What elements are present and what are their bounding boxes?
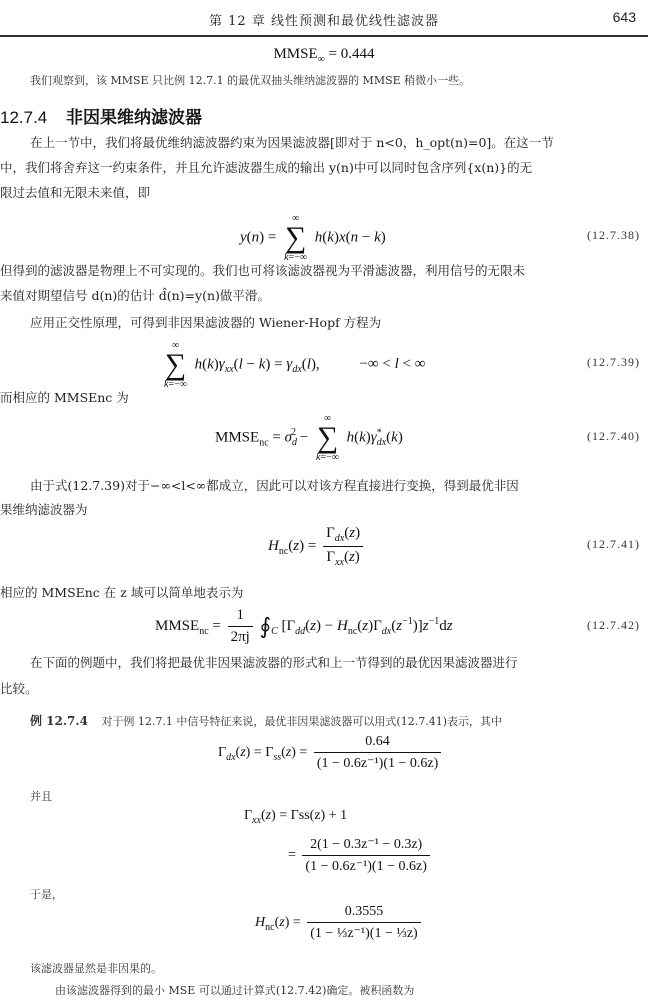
equation-12-7-40: MMSEnc = σd2 − ∞∑k=−∞ h(k)γ*dx(k) — [215, 413, 403, 463]
therefore-text: 于是， — [30, 886, 63, 902]
final-text: 由该滤波器得到的最小 MSE 可以通过计算式(12.7.42)确定。被积函数为 — [55, 982, 414, 998]
paragraph-2-line-2: 来值对期望信号 d(n)的估计 d̂(n)=y(n)做平滑。 — [0, 283, 270, 308]
chapter-header: 第 12 章 线性预测和最优线性滤波器 — [0, 10, 648, 29]
equation-12-7-38: y(n) = ∞∑k=−∞ h(k)x(n − k) — [240, 213, 386, 263]
equation-number: (12.7.40) — [587, 429, 640, 444]
paragraph-6: 相应的 MMSEnc 在 z 域可以简单地表示为 — [0, 580, 243, 605]
equation-number: (12.7.42) — [587, 618, 640, 633]
section-title: 非因果维纳滤波器 — [66, 108, 202, 127]
equation-12-7-39: ∞∑k=−∞ h(k)γxx(l − k) = γdx(l), −∞ < l <… — [160, 340, 425, 390]
section-number: 12.7.4 — [0, 108, 47, 127]
header-rule — [0, 35, 648, 37]
page-number: 643 — [613, 9, 636, 25]
paragraph-4: 而相应的 MMSEnc 为 — [0, 385, 129, 410]
gamma-xx-line-2: = 2(1 − 0.3z⁻¹ − 0.3z)(1 − 0.6z⁻¹)(1 − 0… — [288, 836, 433, 875]
equation-number: (12.7.39) — [587, 355, 640, 370]
equation-number: (12.7.41) — [587, 537, 640, 552]
equation-12-7-42: MMSEnc = 12πj ∮C [Γdd(z) − Hnc(z)Γdx(z−1… — [155, 607, 453, 646]
mmse-inf-equation: MMSE∞ = 0.444 — [0, 46, 648, 65]
paragraph-7-line-1: 在下面的例题中，我们将把最优非因果滤波器的形式和上一节得到的最优因果滤波器进行 — [30, 650, 518, 675]
gamma-dx-equation: Γdx(z) = Γss(z) = 0.64(1 − 0.6z⁻¹)(1 − 0… — [218, 734, 444, 772]
observation-text: 我们观察到，该 MMSE 只比例 12.7.1 的最优双抽头维纳滤波器的 MMS… — [30, 72, 470, 88]
and-text: 并且 — [30, 788, 52, 804]
noncausal-note: 该滤波器显然是非因果的。 — [30, 960, 162, 976]
paragraph-1-line-1: 在上一节中，我们将最优维纳滤波器约束为因果滤波器[即对于 n<0，h_opt(n… — [30, 130, 554, 155]
hnc-example-equation: Hnc(z) = 0.3555(1 − ⅓z⁻¹)(1 − ⅓z) — [255, 904, 424, 942]
paragraph-2-line-1: 但得到的滤波器是物理上不可实现的。我们也可将该滤波器视为平滑滤波器，利用信号的无… — [0, 258, 525, 283]
paragraph-1-line-2: 中，我们将舍弃这一约束条件，并且允许滤波器生成的输出 y(n)中可以同时包含序列… — [0, 155, 532, 180]
gamma-xx-line-1: Γxx(z) = Γss(z) + 1 — [244, 808, 347, 826]
paragraph-5-line-2: 果维纳滤波器为 — [0, 497, 88, 522]
example-label: 例 12.7.4 — [30, 714, 88, 728]
equation-number: (12.7.38) — [587, 228, 640, 243]
example-intro: 例 12.7.4 对于例 12.7.1 中信号特征来说，最优非因果滤波器可以用式… — [30, 712, 502, 729]
paragraph-5-line-1: 由于式(12.7.39)对于−∞<l<∞都成立，因此可以对该方程直接进行变换，得… — [30, 473, 519, 498]
equation-12-7-41: Hnc(z) = Γdx(z)Γxx(z) — [268, 525, 366, 568]
section-heading: 12.7.4 非因果维纳滤波器 — [0, 103, 202, 128]
paragraph-1-line-3: 限过去值和无限未来值，即 — [0, 180, 150, 205]
paragraph-7-line-2: 比较。 — [0, 676, 38, 701]
paragraph-3: 应用正交性原理，可得到非因果滤波器的 Wiener-Hopf 方程为 — [30, 310, 381, 335]
